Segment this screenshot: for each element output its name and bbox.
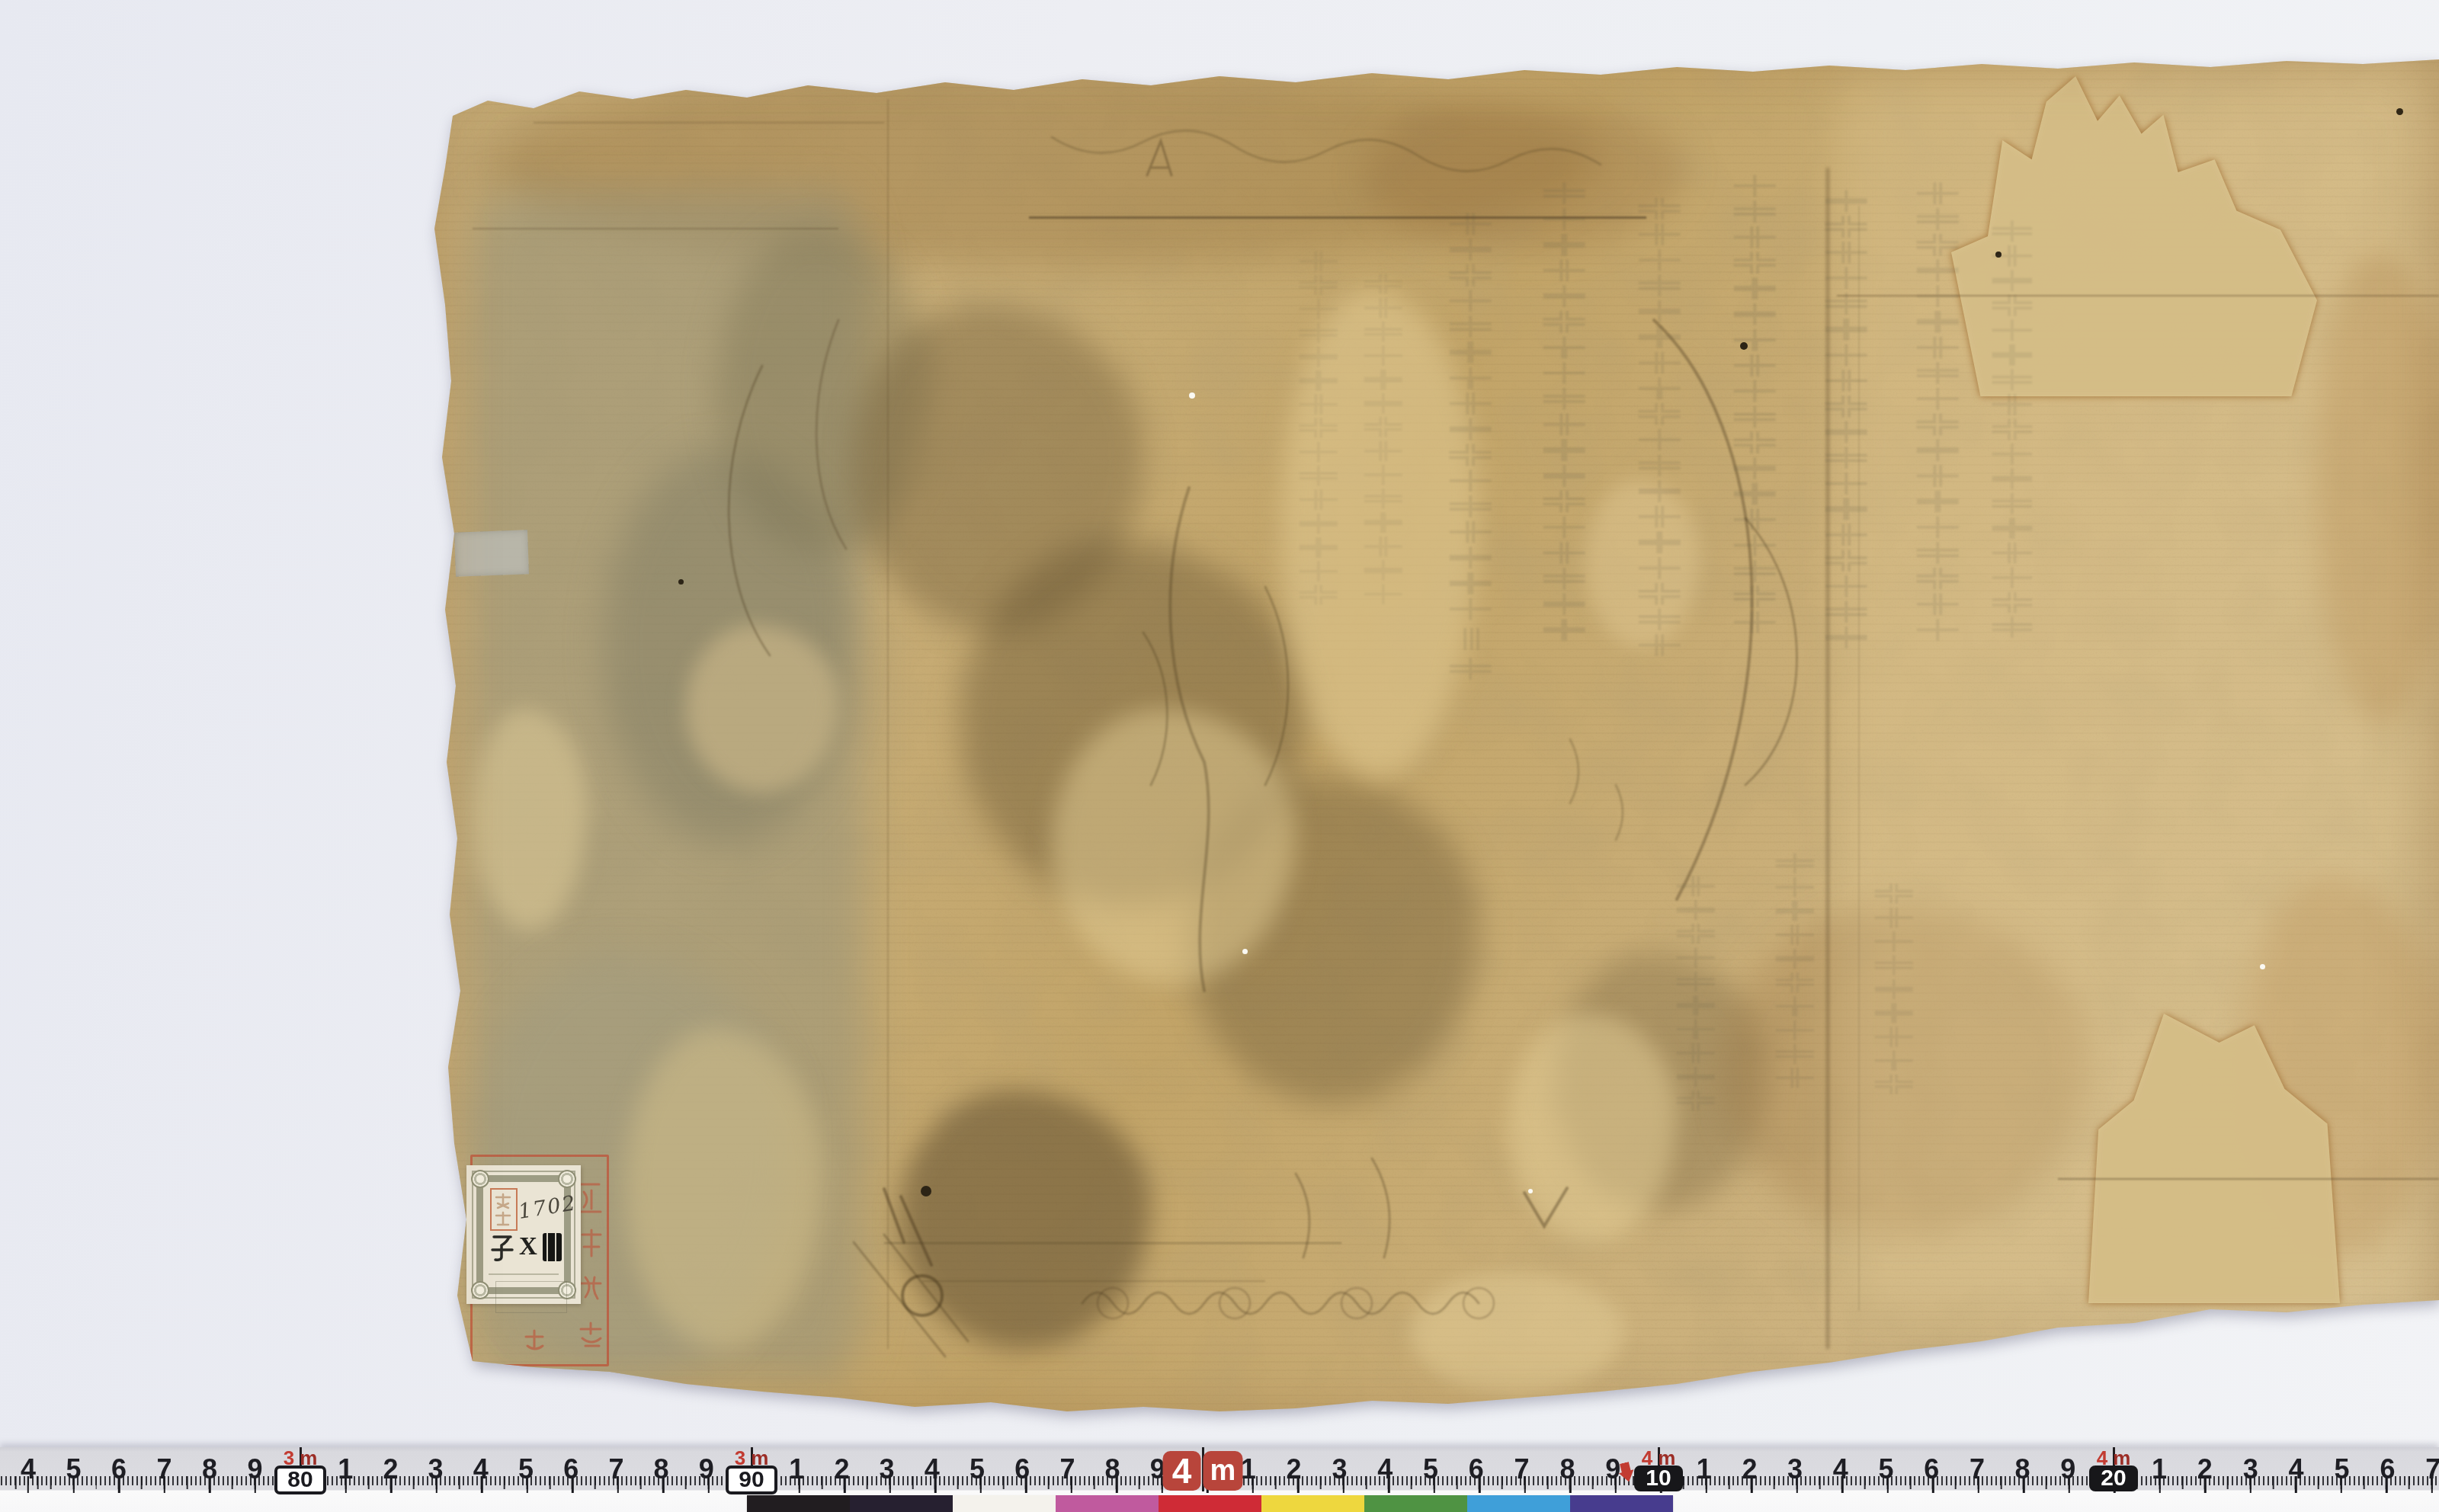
paper-edge-vignette [427, 53, 2439, 1417]
ruler-number: 6 [1924, 1453, 1939, 1485]
ruler-number: 2 [1287, 1453, 1302, 1485]
ruler-number: 2 [383, 1453, 398, 1485]
ruler-number: 8 [1105, 1453, 1120, 1485]
ruler-number: 5 [1878, 1453, 1893, 1485]
ruler-number: 1 [1697, 1453, 1712, 1485]
ruler-number: 8 [1559, 1453, 1575, 1485]
decimeter-box: 90 [726, 1466, 777, 1494]
color-patch [747, 1495, 850, 1512]
ruler-number: 7 [1514, 1453, 1530, 1485]
ruler-number: 5 [2334, 1453, 2349, 1485]
color-patch [1467, 1495, 1570, 1512]
ruler-number: 7 [2425, 1453, 2439, 1485]
ruler-number: 6 [111, 1453, 127, 1485]
ruler-number: 5 [970, 1453, 985, 1485]
ruler-number: 2 [2197, 1453, 2213, 1485]
color-patch [1570, 1495, 1673, 1512]
ruler-number: 7 [608, 1453, 623, 1485]
ruler-number: 8 [654, 1453, 669, 1485]
ruler-number: 4 [1377, 1453, 1393, 1485]
paper-surface: ╪╂╬┼╫╋┾╪╂╬┼╫╪╂╋┼≡╫╫┼╋╪╂╬┾┼╫╪╋╂╬┼╪╫╂╋╬╪┼╫… [427, 53, 2439, 1417]
ruler-number: 7 [156, 1453, 171, 1485]
ruler-number: 4 [21, 1453, 36, 1485]
ruler-number: 8 [202, 1453, 217, 1485]
ruler-number: 3 [1332, 1453, 1347, 1485]
color-patch [953, 1495, 1056, 1512]
color-patch [1056, 1495, 1159, 1512]
ruler-number: 9 [2060, 1453, 2075, 1485]
ruler-number: 4 [925, 1453, 940, 1485]
ruler-number: 3 [2243, 1453, 2258, 1485]
ruler-number: 1 [789, 1453, 804, 1485]
ruler-number: 6 [2380, 1453, 2395, 1485]
ruler-number: 3 [428, 1453, 444, 1485]
decimeter-box: 80 [274, 1466, 326, 1494]
ruler-number: 4 [2289, 1453, 2304, 1485]
ruler-number: 3 [1787, 1453, 1803, 1485]
color-patch [850, 1495, 953, 1512]
ruler-number: 5 [518, 1453, 534, 1485]
ruler-number: 7 [1969, 1453, 1985, 1485]
ruler-number: 4 [1833, 1453, 1848, 1485]
ruler-number: 8 [2015, 1453, 2030, 1485]
ruler-number: 9 [1605, 1453, 1620, 1485]
color-calibration-bar [747, 1495, 1673, 1512]
ruler-number: 1 [338, 1453, 353, 1485]
color-patch [1159, 1495, 1261, 1512]
photo-stage: ╪╂╬┼╫╋┾╪╂╬┼╫╪╂╋┼≡╫╫┼╋╪╂╬┾┼╫╪╋╂╬┼╪╫╂╋╬╪┼╫… [0, 0, 2439, 1512]
color-patch [1261, 1495, 1364, 1512]
color-patch [1364, 1495, 1467, 1512]
ruler-number: 1 [1241, 1453, 1256, 1485]
ruler-number: 7 [1059, 1453, 1075, 1485]
ruler-number: 1 [2152, 1453, 2167, 1485]
meter-red-box: 4m [1163, 1451, 1243, 1491]
ruler-number: 6 [1014, 1453, 1030, 1485]
ruler-number: 9 [699, 1453, 714, 1485]
ruler-number: 5 [1423, 1453, 1438, 1485]
ruler-number: 5 [66, 1453, 81, 1485]
decimeter-box: 10 [1634, 1466, 1683, 1491]
manuscript-sheet: ╪╂╬┼╫╋┾╪╂╬┼╫╪╂╋┼≡╫╫┼╋╪╂╬┾┼╫╪╋╂╬┼╪╫╂╋╬╪┼╫… [427, 53, 2439, 1417]
ruler-number: 2 [1742, 1453, 1757, 1485]
ruler-number: 3 [880, 1453, 895, 1485]
ruler-number: 4 [473, 1453, 489, 1485]
ruler-number: 9 [247, 1453, 262, 1485]
ruler-number: 2 [834, 1453, 849, 1485]
ruler-number: 6 [563, 1453, 579, 1485]
ruler-number: 6 [1469, 1453, 1484, 1485]
decimeter-box: 20 [2089, 1466, 2138, 1491]
